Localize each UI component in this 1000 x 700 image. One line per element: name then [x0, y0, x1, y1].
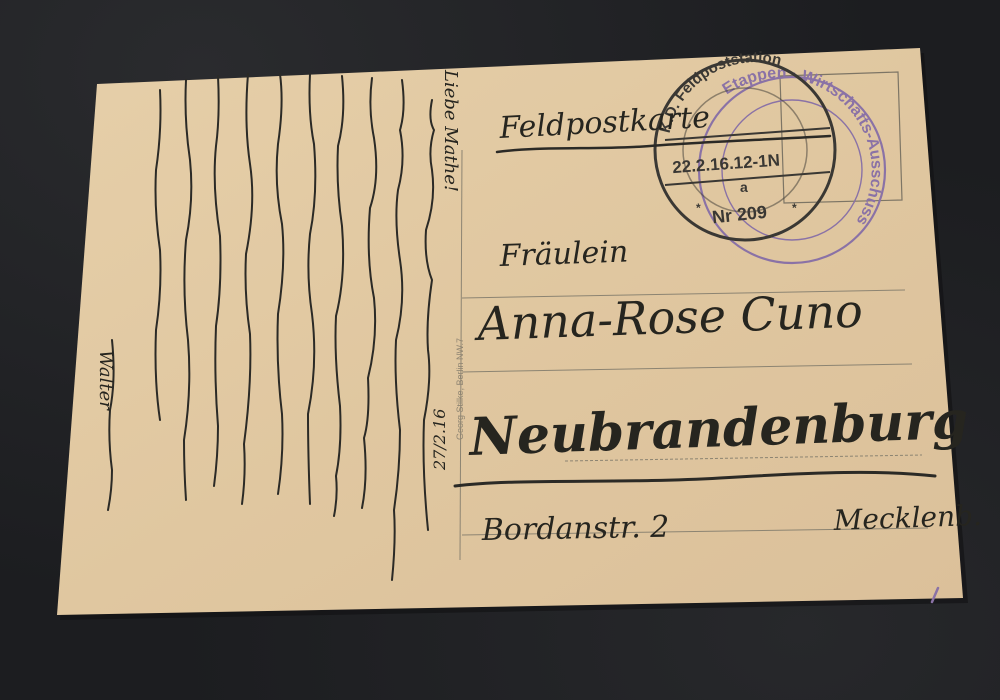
- message-greeting: Liebe Mathe!: [440, 69, 461, 192]
- address-street: Bordanstr. 2: [481, 510, 670, 548]
- address-salutation: Fräulein: [498, 235, 629, 275]
- message-signature: Walter: [95, 350, 116, 411]
- postmark-letter: a: [740, 179, 748, 195]
- svg-text:*: *: [696, 201, 701, 215]
- postcard-photo: Georg Stilke, Berlin NW.7 Etappen · Wirt…: [0, 0, 1000, 700]
- publisher-imprint: Georg Stilke, Berlin NW.7: [455, 338, 465, 440]
- svg-text:*: *: [792, 201, 797, 215]
- address-region: Mecklenb.: [832, 499, 982, 537]
- date-note: 27/2.16: [430, 409, 449, 471]
